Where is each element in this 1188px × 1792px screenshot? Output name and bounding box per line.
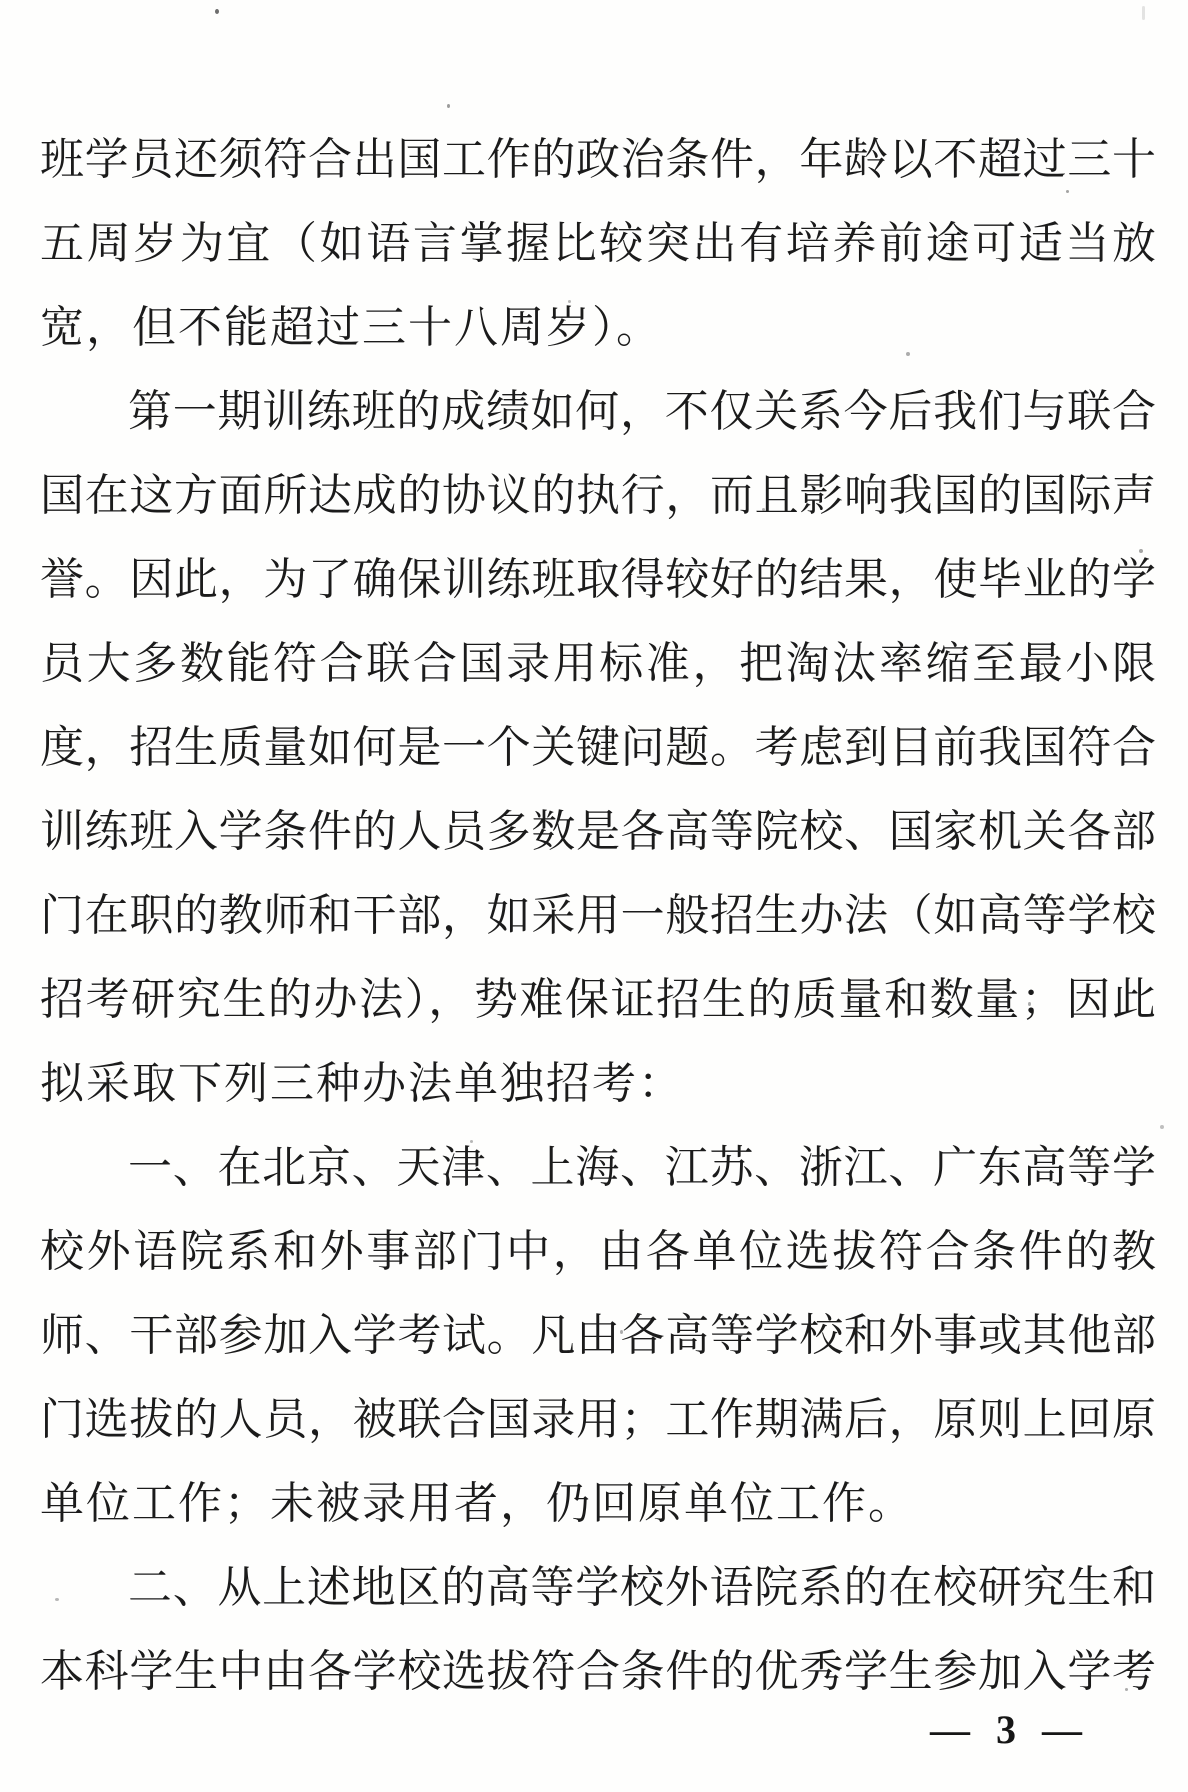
text-line-4: 第一期训练班的成绩如何，不仅关系今后我们与联合 <box>40 370 1156 454</box>
page-number: — 3 — <box>930 1706 1090 1753</box>
ink-speck <box>215 9 219 14</box>
ink-speck <box>1142 6 1145 20</box>
text-line-17: 单位工作；未被录用者，仍回原单位工作。 <box>40 1462 1156 1546</box>
text-line-9: 训练班入学条件的人员多数是各高等院校、国家机关各部 <box>40 790 1156 874</box>
text-line-19: 本科学生中由各学校选拔符合条件的优秀学生参加入学考 <box>40 1630 1156 1714</box>
text-line-15: 师、干部参加入学考试。凡由各高等学校和外事或其他部 <box>40 1294 1156 1378</box>
text-line-1: 班学员还须符合出国工作的政治条件，年龄以不超过三十 <box>40 118 1156 202</box>
text-line-11: 招考研究生的办法），势难保证招生的质量和数量；因此 <box>40 958 1156 1042</box>
text-line-13: 一、在北京、天津、上海、江苏、浙江、广东高等学 <box>40 1126 1156 1210</box>
text-line-6: 誉。因此，为了确保训练班取得较好的结果，使毕业的学 <box>40 538 1156 622</box>
text-line-5: 国在这方面所达成的协议的执行，而且影响我国的国际声 <box>40 454 1156 538</box>
ink-speck <box>1160 1125 1164 1129</box>
text-line-10: 门在职的教师和干部，如采用一般招生办法（如高等学校 <box>40 874 1156 958</box>
text-line-7: 员大多数能符合联合国录用标准，把淘汰率缩至最小限 <box>40 622 1156 706</box>
scanned-document-page: 班学员还须符合出国工作的政治条件，年龄以不超过三十五周岁为宜（如语言掌握比较突出… <box>0 0 1188 1792</box>
text-line-14: 校外语院系和外事部门中，由各单位选拔符合条件的教 <box>40 1210 1156 1294</box>
ink-speck <box>447 104 450 108</box>
text-line-3: 宽，但不能超过三十八周岁）。 <box>40 286 1156 370</box>
text-line-2: 五周岁为宜（如语言掌握比较突出有培养前途可适当放 <box>40 202 1156 286</box>
document-text: 班学员还须符合出国工作的政治条件，年龄以不超过三十五周岁为宜（如语言掌握比较突出… <box>40 118 1156 1714</box>
text-line-16: 门选拔的人员，被联合国录用；工作期满后，原则上回原 <box>40 1378 1156 1462</box>
text-line-12: 拟采取下列三种办法单独招考： <box>40 1042 1156 1126</box>
text-line-8: 度，招生质量如何是一个关键问题。考虑到目前我国符合 <box>40 706 1156 790</box>
text-line-18: 二、从上述地区的高等学校外语院系的在校研究生和 <box>40 1546 1156 1630</box>
